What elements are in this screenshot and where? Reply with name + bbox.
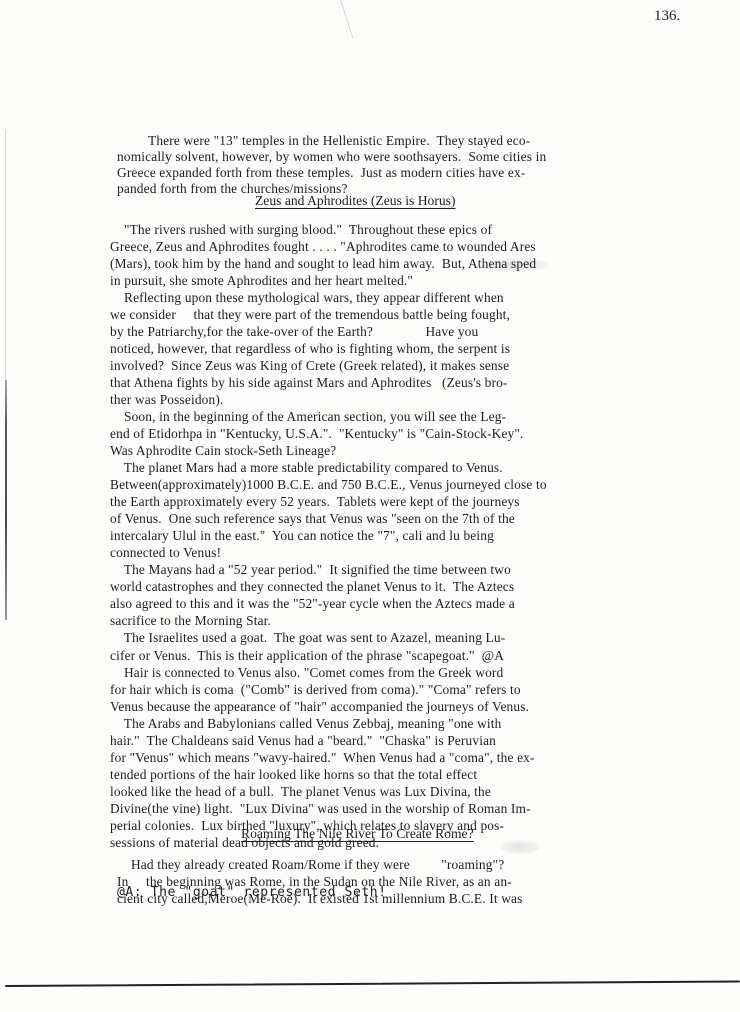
- text-line: cifer or Venus. This is their applicatio…: [110, 648, 504, 664]
- text-line: noticed, however, that regardless of who…: [110, 341, 510, 357]
- margin-mark-faint: [5, 130, 6, 380]
- text-line: Divine(the vine) light. "Lux Divina" was…: [110, 801, 531, 817]
- text-line: (Mars), took him by the hand and sought …: [110, 256, 536, 272]
- text-line: Had they already created Roam/Rome if th…: [117, 857, 504, 873]
- text-line: world catastrophes and they connected th…: [110, 579, 514, 595]
- text-line: The Mayans had a "52 year period." It si…: [110, 562, 511, 578]
- text-line: The planet Mars had a more stable predic…: [110, 460, 503, 476]
- text-line: that Athena fights by his side against M…: [110, 375, 508, 391]
- section-heading-zeus: Zeus and Aphrodites (Zeus is Horus): [255, 193, 455, 209]
- text-line: ther was Posseidon).: [110, 392, 223, 408]
- text-line: Reflecting upon these mythological wars,…: [110, 290, 504, 306]
- text-line: looked like the head of a bull. The plan…: [110, 784, 491, 800]
- scan-artifact: [340, 0, 353, 38]
- text-line: end of Etidorhpa in "Kentucky, U.S.A.". …: [110, 426, 524, 442]
- text-line: involved? Since Zeus was King of Crete (…: [110, 358, 509, 374]
- text-line: tended portions of the hair looked like …: [110, 767, 477, 783]
- text-line: connected to Venus!: [110, 545, 221, 561]
- text-line: sacrifice to the Morning Star.: [110, 613, 271, 629]
- text-line: nomically solvent, however, by women who…: [117, 149, 546, 165]
- footnote: @A: The "goat" represented Seth!: [117, 885, 387, 901]
- text-line: Between(approximately)1000 B.C.E. and 75…: [110, 477, 547, 493]
- text-line: of Venus. One such reference says that V…: [110, 511, 515, 527]
- text-line: we consider that they were part of the t…: [110, 307, 510, 323]
- text-line: The Israelites used a goat. The goat was…: [110, 630, 505, 646]
- text-line: for hair which is coma ("Comb" is derive…: [110, 682, 521, 698]
- text-line: for "Venus" which means "wavy-haired." W…: [110, 750, 535, 766]
- scan-smudge: [500, 840, 540, 854]
- text-line: the Earth approximately every 52 years. …: [110, 494, 520, 510]
- text-line: Hair is connected to Venus also. "Comet …: [110, 665, 503, 681]
- margin-mark: [5, 380, 7, 620]
- document-page: 136. There were "13" temples in the Hell…: [0, 0, 740, 1012]
- text-line: Soon, in the beginning of the American s…: [110, 409, 506, 425]
- text-line: There were "13" temples in the Hellenist…: [148, 133, 530, 149]
- text-line: by the Patriarchy,for the take-over of t…: [110, 324, 478, 340]
- bottom-rule: [5, 981, 740, 987]
- section-heading-rome: Roaming The Nile River To Create Rome?: [241, 826, 474, 842]
- text-line: also agreed to this and it was the "52"-…: [110, 596, 515, 612]
- text-line: in pursuit, she smote Aphrodites and her…: [110, 273, 413, 289]
- text-line: "The rivers rushed with surging blood." …: [110, 222, 492, 238]
- text-line: Was Aphrodite Cain stock-Seth Lineage?: [110, 443, 336, 459]
- text-line: hair." The Chaldeans said Venus had a "b…: [110, 733, 496, 749]
- page-number: 136.: [654, 8, 680, 25]
- text-line: intercalary Ulul in the east." You can n…: [110, 528, 494, 544]
- text-line: Greece, Zeus and Aphrodites fought . . .…: [110, 239, 536, 255]
- text-line: Greece expanded forth from these temples…: [117, 165, 525, 181]
- text-line: The Arabs and Babylonians called Venus Z…: [110, 716, 502, 732]
- text-line: Venus because the appearance of "hair" a…: [110, 699, 529, 715]
